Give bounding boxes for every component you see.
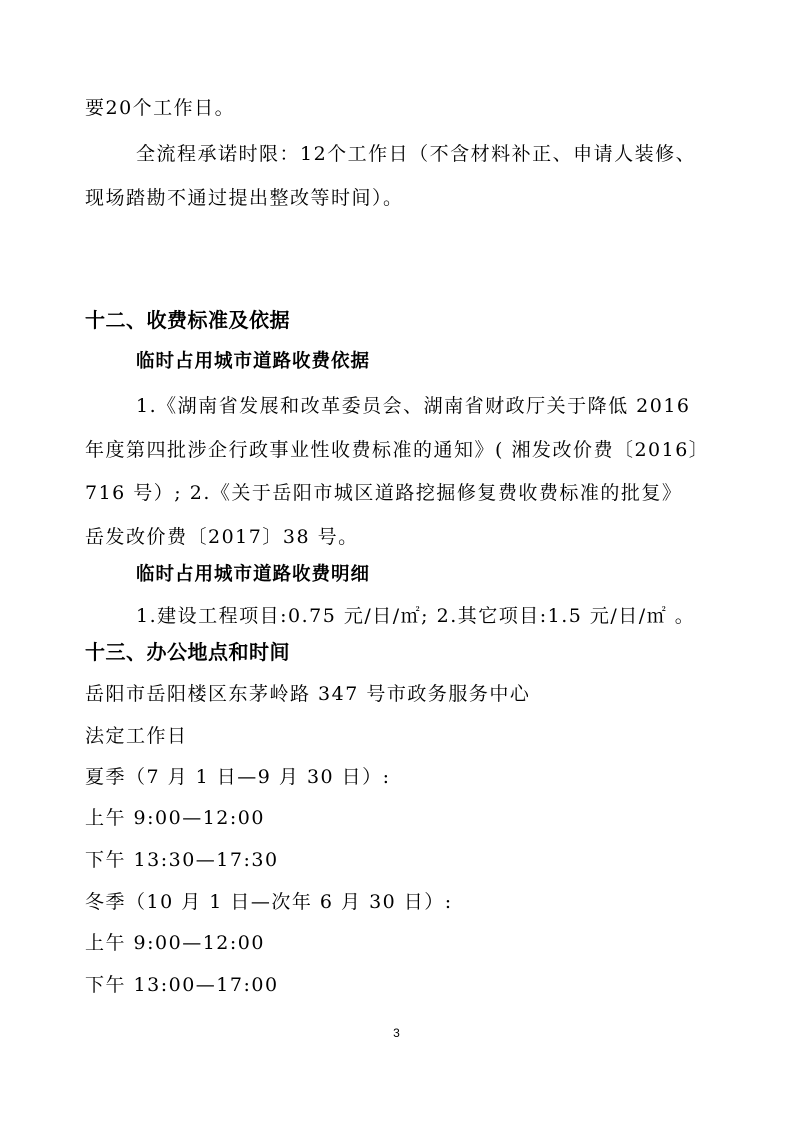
- paragraph-line: 全流程承诺时限：12个工作日（不含材料补正、申请人装修、: [136, 142, 696, 166]
- subheading-fee-basis: 临时占用城市道路收费依据: [136, 350, 370, 374]
- paragraph-line: 现场踏勘不通过提出整改等时间）。: [85, 186, 404, 210]
- winter-pm-hours: 下午 13:00—17:00: [85, 973, 279, 997]
- summer-am-hours: 上午 9:00—12:00: [85, 806, 265, 830]
- paragraph-line: 年度第四批涉企行政事业性收费标准的通知》( 湘发改价费〔2016〕: [85, 438, 709, 462]
- paragraph-line: 716 号）; 2.《关于岳阳市城区道路挖掘修复费收费标准的批复》: [85, 481, 682, 505]
- paragraph-line: 1.建设工程项目:0.75 元/日/㎡; 2.其它项目:1.5 元/日/㎡ 。: [136, 604, 695, 628]
- paragraph-line: 岳发改价费〔2017〕38 号。: [85, 525, 359, 549]
- winter-am-hours: 上午 9:00—12:00: [85, 931, 265, 955]
- section-heading-13: 十三、办公地点和时间: [85, 640, 290, 664]
- summer-hours-label: 夏季（7 月 1 日—9 月 30 日）:: [85, 765, 391, 789]
- paragraph-line: 要20个工作日。: [85, 96, 235, 120]
- page-number: 3: [0, 1026, 793, 1040]
- winter-hours-label: 冬季（10 月 1 日—次年 6 月 30 日）:: [85, 890, 453, 914]
- summer-pm-hours: 下午 13:30—17:30: [85, 848, 279, 872]
- workday-label: 法定工作日: [85, 724, 188, 748]
- subheading-fee-detail: 临时占用城市道路收费明细: [136, 563, 370, 587]
- paragraph-line: 1.《湖南省发展和改革委员会、湖南省财政厅关于降低 2016: [136, 394, 691, 418]
- office-address: 岳阳市岳阳楼区东茅岭路 347 号市政务服务中心: [85, 682, 530, 706]
- section-heading-12: 十二、收费标准及依据: [85, 308, 290, 332]
